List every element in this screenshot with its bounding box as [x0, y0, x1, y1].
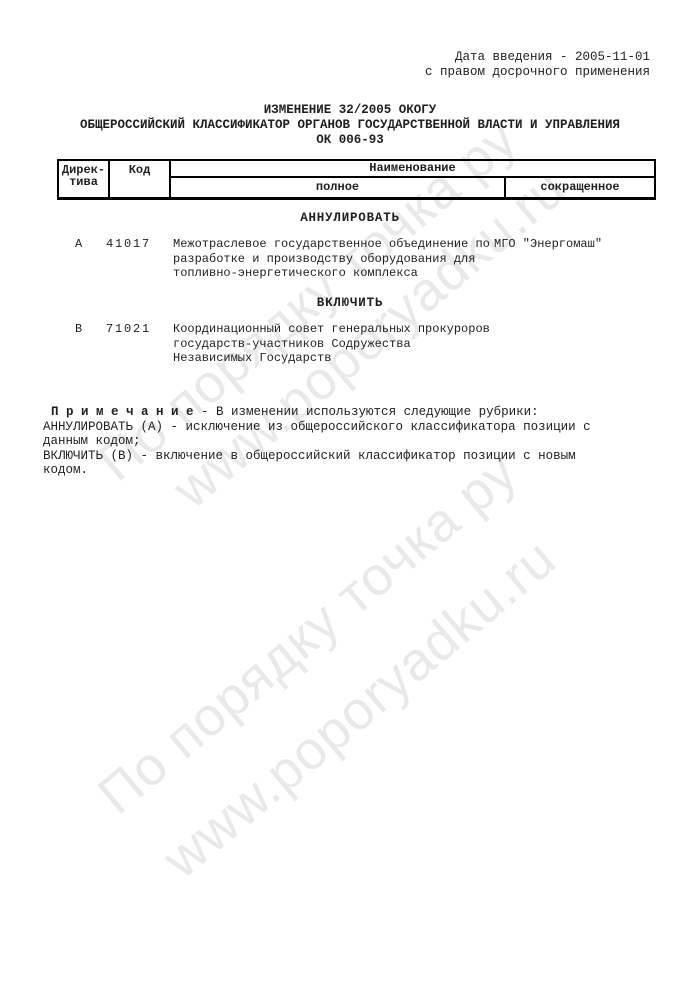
- section-heading-annul: АННУЛИРОВАТЬ: [0, 211, 700, 225]
- introduction-date-line: Дата введения - 2005-11-01: [425, 50, 650, 65]
- note-line: данным кодом;: [43, 434, 643, 449]
- row-code: 71021: [106, 322, 151, 337]
- note-label-rest: - В изменении используются следующие руб…: [194, 405, 539, 419]
- row-full-name-line: разработке и производству оборудования д…: [173, 252, 498, 267]
- note-line: кодом.: [43, 463, 643, 478]
- title-classifier-line: ОБЩЕРОССИЙСКИЙ КЛАССИФИКАТОР ОРГАНОВ ГОС…: [0, 118, 700, 133]
- row-full-name-line: Межотраслевое государственное объединени…: [173, 237, 498, 252]
- column-header-directive: Дирек- тива: [59, 161, 110, 197]
- row-directive: А: [75, 237, 82, 252]
- column-header-name: Наименование: [171, 161, 654, 178]
- row-full-name-line: Координационный совет генеральных прокур…: [173, 322, 498, 337]
- note-paragraph: П р и м е ч а н и е - В изменении исполь…: [43, 405, 643, 478]
- column-header-directive-line2: тива: [59, 176, 108, 188]
- early-application-line: с правом досрочного применения: [425, 65, 650, 80]
- column-header-code: Код: [110, 161, 171, 197]
- introduction-date-block: Дата введения - 2005-11-01 с правом доср…: [425, 50, 650, 80]
- row-full-name-line: топливно-энергетического комплекса: [173, 266, 498, 281]
- row-full-name: Межотраслевое государственное объединени…: [173, 237, 498, 281]
- note-label: П р и м е ч а н и е: [51, 405, 194, 419]
- title-amendment-line: ИЗМЕНЕНИЕ 32/2005 ОКОГУ: [0, 103, 700, 118]
- document-title: ИЗМЕНЕНИЕ 32/2005 ОКОГУ ОБЩЕРОССИЙСКИЙ К…: [0, 103, 700, 148]
- column-header-name-short: сокращенное: [506, 178, 654, 197]
- note-line: П р и м е ч а н и е - В изменении исполь…: [43, 405, 643, 420]
- title-code-line: ОК 006-93: [0, 133, 700, 148]
- row-short-name: МГО "Энергомаш": [494, 237, 602, 252]
- column-header-name-full: полное: [171, 178, 506, 197]
- section-heading-include: ВКЛЮЧИТЬ: [0, 296, 700, 310]
- row-full-name-line: государств-участников Содружества: [173, 337, 498, 352]
- document-page: По порядку точка ру www.poporyadku.ru По…: [0, 0, 700, 990]
- row-code: 41017: [106, 237, 151, 252]
- table-header: Дирек- тива Код Наименование полное сокр…: [57, 159, 656, 200]
- row-directive: В: [75, 322, 82, 337]
- note-line: ВКЛЮЧИТЬ (В) - включение в общероссийски…: [43, 449, 643, 464]
- note-line: АННУЛИРОВАТЬ (А) - исключение из общерос…: [43, 420, 643, 435]
- row-full-name-line: Независимых Государств: [173, 351, 498, 366]
- row-full-name: Координационный совет генеральных прокур…: [173, 322, 498, 366]
